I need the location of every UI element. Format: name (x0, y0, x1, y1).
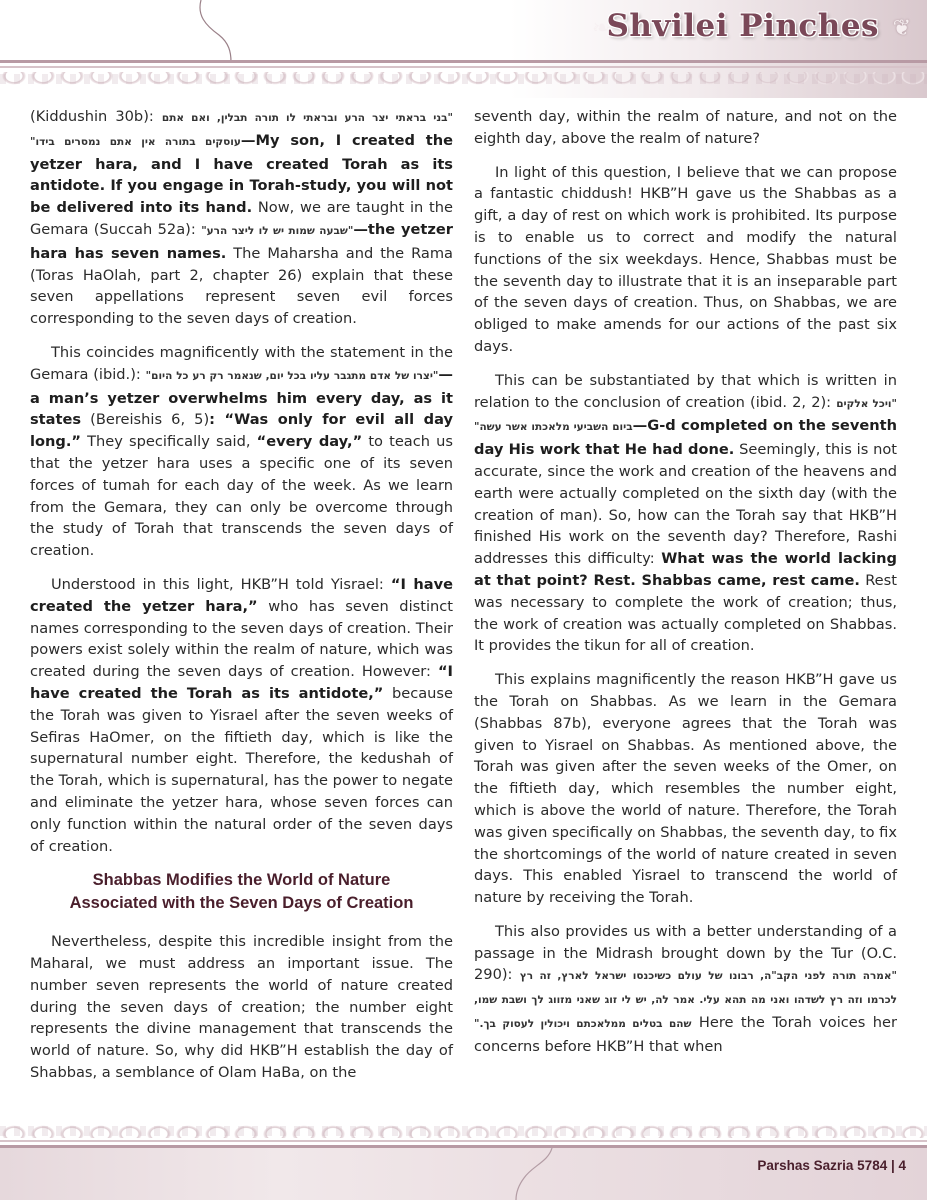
header-curve-decoration (195, 0, 235, 62)
section-heading-line: Shabbas Modifies the World of Nature (30, 869, 453, 892)
section-heading: Shabbas Modifies the World of Nature Ass… (30, 869, 453, 915)
paragraph: Understood in this light, HKB”H told Yis… (30, 574, 453, 857)
footer-curve-decoration (510, 1148, 560, 1200)
paragraph: (Kiddushin 30b): "בני בראתי יצר הרע וברא… (30, 106, 453, 330)
section-heading-line: Associated with the Seven Days of Creati… (30, 892, 453, 915)
text: Seemingly, this is not accurate, since t… (474, 441, 897, 567)
header-rule (0, 60, 927, 63)
paragraph: This coincides magnificently with the st… (30, 342, 453, 562)
text: to teach us that the yetzer hara uses a … (30, 433, 453, 559)
text: (Kiddushin 30b): (30, 108, 162, 125)
text: because the Torah was given to Yisrael a… (30, 685, 453, 855)
footer-rule-thin (0, 1140, 927, 1142)
paragraph: This also provides us with a better unde… (474, 921, 897, 1058)
paragraph: seventh day, within the realm of nature,… (474, 106, 897, 150)
right-column: seventh day, within the realm of nature,… (474, 106, 897, 1070)
scroll-ornament-icon: ❦ (893, 16, 911, 41)
publication-title: Shvilei Pinches (607, 8, 880, 44)
text: This can be substantiated by that which … (474, 372, 897, 411)
header-rule-thin (0, 66, 927, 68)
hebrew-quote: "יצרו של אדם מתגבר עליו בכל יום, שנאמר ר… (146, 370, 439, 382)
hebrew-quote: "שבעה שמות יש לו ליצר הרע" (201, 225, 353, 237)
footer-lace-border (0, 1116, 927, 1138)
left-column: (Kiddushin 30b): "בני בראתי יצר הרע וברא… (30, 106, 453, 1096)
bold-quote: “every day,” (257, 433, 363, 450)
text: They specifically said, (81, 433, 257, 450)
paragraph: Nevertheless, despite this incredible in… (30, 931, 453, 1084)
header-lace-border (0, 72, 927, 94)
text: Understood in this light, HKB”H told Yis… (51, 576, 391, 593)
paragraph: In light of this question, I believe tha… (474, 162, 897, 358)
paragraph: This explains magnificently the reason H… (474, 669, 897, 909)
page-footer: Parshas Sazria 5784 | 4 (0, 1148, 927, 1200)
paragraph: This can be substantiated by that which … (474, 370, 897, 657)
text: (Bereishis 6, 5) (81, 411, 209, 428)
page-footer-text: Parshas Sazria 5784 | 4 (757, 1158, 906, 1173)
